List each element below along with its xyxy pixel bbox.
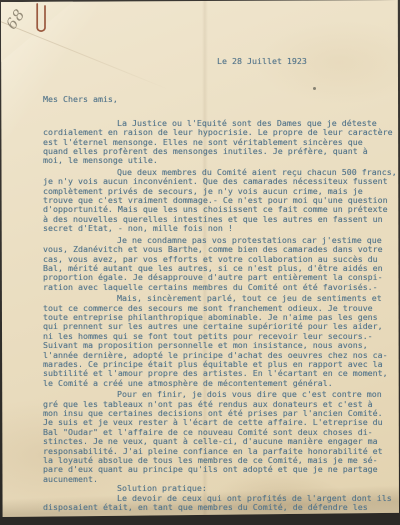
letter-paper: 68 Le 28 Juillet 1923 Mes Chers amis, La… [1,0,399,517]
paragraph-protestations: Je ne condamne pas vos protestations car… [43,236,395,292]
salutation: Mes Chers amis, [43,95,395,104]
paragraph-devoir: Le devoir de ceux qui ont profités de l'… [43,494,395,513]
handwritten-archive-number: 68 [2,5,29,33]
scanned-letter-page: { "letter": { "handwritten_number": "68"… [0,0,400,525]
letter-date: Le 28 Juillet 1923 [217,57,395,66]
typed-letter-body: Le 28 Juillet 1923 Mes Chers amis, La Ju… [43,57,395,512]
paragraph-justice: La Justice ou l'Equité sont des Dames qu… [43,119,395,166]
paragraph-comite-500-francs: Que deux membres du Comité aient reçu ch… [43,168,395,234]
paragraph-pour-en-finir: Pour en finir, je dois vous dire que c'e… [43,390,395,484]
paragraph-philanthropie: Mais, sincèrement parlé, tout ce jeu de … [43,294,395,388]
paperclip-icon [34,1,48,43]
